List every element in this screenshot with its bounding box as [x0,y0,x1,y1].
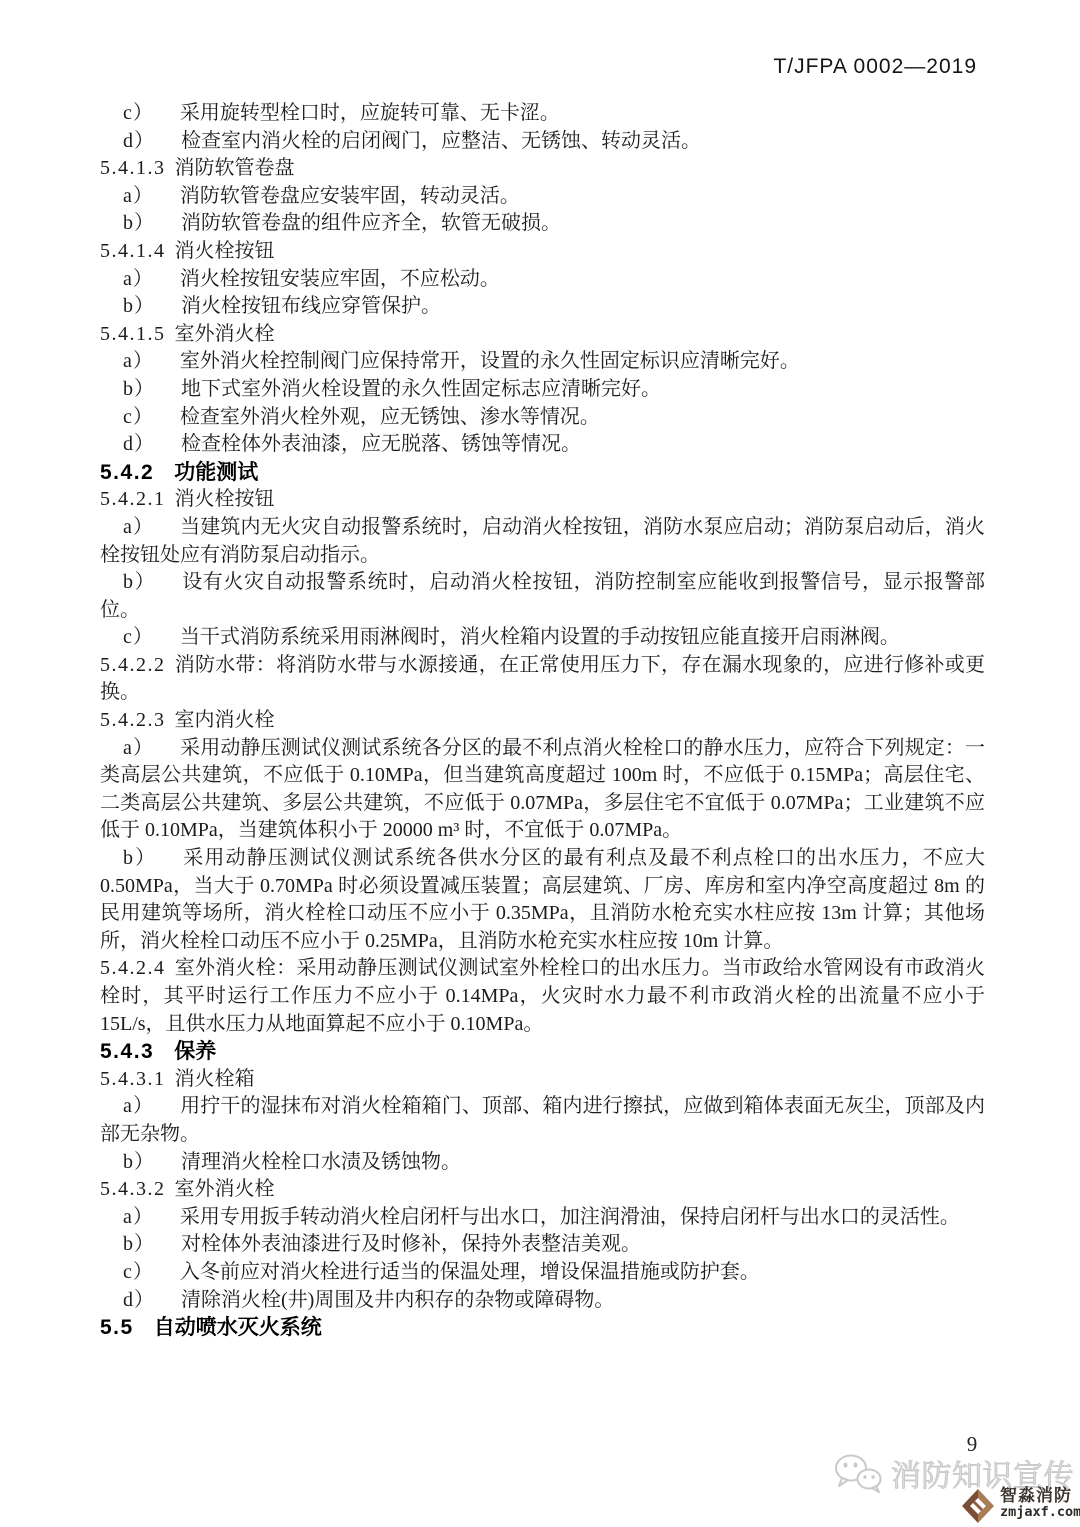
clause-number: 5.4.1.4 [100,240,166,262]
clause-heading: 5.4.3.2室外消火栓 [100,1176,985,1204]
list-item: b）采用动静压测试仪测试系统各供水分区的最有利点及最不利点栓口的出水压力，不应大… [100,845,985,955]
standard-code-header: T/JFPA 0002—2019 [773,55,977,79]
clause-number: 5.4.3 [100,1040,154,1063]
document-body: c）采用旋转型栓口时，应旋转可靠、无卡涩。d）检查室内消火栓的启闭阀门，应整洁、… [100,100,985,1342]
item-marker: b） [123,378,155,400]
item-text: 采用专用扳手转动消火栓启闭杆与出水口，加注润滑油，保持启闭杆与出水口的灵活性。 [180,1206,960,1228]
logo-text: 智淼消防 zmjaxf.com [1000,1487,1080,1519]
clause-title: 室外消火栓 [175,1178,275,1200]
item-text: 采用动静压测试仪测试系统各供水分区的最有利点及最不利点栓口的出水压力，不应大 0… [100,847,985,952]
list-item: a）消防软管卷盘应安装牢固，转动灵活。 [100,183,985,211]
item-marker: a） [123,516,154,538]
clause-heading: 5.4.1.4消火栓按钮 [100,238,985,266]
item-text: 采用动静压测试仪测试系统各分区的最不利点消火栓栓口的静水压力，应符合下列规定：一… [100,737,985,842]
diamond-ribbon-icon [960,1487,996,1527]
list-item: a）用拧干的湿抹布对消火栓箱箱门、顶部、箱内进行擦拭，应做到箱体表面无灰尘，顶部… [100,1093,985,1148]
logo-site: zmjaxf.com [1000,1505,1080,1519]
item-text: 设有火灾自动报警系统时，启动消火栓按钮，消防控制室应能收到报警信号，显示报警部位… [100,571,985,621]
clause-number: 5.4.1.5 [100,323,166,345]
clause-title: 室外消火栓 [175,323,275,345]
clause-heading: 5.4.1.5室外消火栓 [100,321,985,349]
list-item: a）采用专用扳手转动消火栓启闭杆与出水口，加注润滑油，保持启闭杆与出水口的灵活性… [100,1204,985,1232]
clause-number: 5.4.2.4 [100,957,166,979]
list-item: c）采用旋转型栓口时，应旋转可靠、无卡涩。 [100,100,985,128]
section-heading: 5.4.2功能测试 [100,459,985,487]
item-text: 清理消火栓栓口水渍及锈蚀物。 [181,1151,461,1173]
logo-name: 智淼消防 [1000,1487,1080,1505]
clause-title: 消火栓箱 [175,1068,255,1090]
list-item: b）地下式室外消火栓设置的永久性固定标志应清晰完好。 [100,376,985,404]
list-item: d）检查栓体外表油漆，应无脱落、锈蚀等情况。 [100,431,985,459]
item-text: 检查栓体外表油漆，应无脱落、锈蚀等情况。 [181,433,581,455]
item-marker: a） [123,1206,154,1228]
clause-text: 消防水带：将消防水带与水源接通，在正常使用压力下，存在漏水现象的，应进行修补或更… [100,654,985,704]
item-text: 对栓体外表油漆进行及时修补，保持外表整洁美观。 [181,1233,641,1255]
item-marker: b） [123,1233,155,1255]
item-marker: b） [123,212,155,234]
item-text: 当干式消防系统采用雨淋阀时，消火栓箱内设置的手动按钮应能直接开启雨淋阀。 [180,626,900,648]
clause-number: 5.4.2.3 [100,709,166,731]
item-marker: c） [123,102,154,124]
wechat-bubbles-icon [832,1453,884,1500]
clause-paragraph: 5.4.2.2消防水带：将消防水带与水源接通，在正常使用压力下，存在漏水现象的，… [100,652,985,707]
list-item: b）消防软管卷盘的组件应齐全，软管无破损。 [100,210,985,238]
item-text: 当建筑内无火灾自动报警系统时，启动消火栓按钮，消防水泵应启动；消防泵启动后，消火… [100,516,985,566]
item-marker: a） [123,737,154,759]
clause-heading: 5.4.1.3消防软管卷盘 [100,155,985,183]
list-item: b）设有火灾自动报警系统时，启动消火栓按钮，消防控制室应能收到报警信号，显示报警… [100,569,985,624]
clause-number: 5.4.2.1 [100,488,166,510]
clause-number: 5.4.2.2 [100,654,166,676]
list-item: b）消火栓按钮布线应穿管保护。 [100,293,985,321]
item-text: 消火栓按钮布线应穿管保护。 [181,295,441,317]
clause-number: 5.4.1.3 [100,157,166,179]
item-text: 检查室外消火栓外观，应无锈蚀、渗水等情况。 [180,406,600,428]
clause-title: 消火栓按钮 [175,488,275,510]
page-number: 9 [950,1432,994,1457]
item-text: 入冬前应对消火栓进行适当的保温处理，增设保温措施或防护套。 [180,1261,760,1283]
list-item: a）采用动静压测试仪测试系统各分区的最不利点消火栓栓口的静水压力，应符合下列规定… [100,735,985,845]
clause-number: 5.4.2 [100,461,154,484]
item-marker: d） [123,433,155,455]
clause-title: 室内消火栓 [175,709,275,731]
list-item: a）室外消火栓控制阀门应保持常开，设置的永久性固定标识应清晰完好。 [100,348,985,376]
clause-heading: 5.4.2.1消火栓按钮 [100,486,985,514]
clause-text: 室外消火栓：采用动静压测试仪测试室外栓栓口的出水压力。当市政给水管网设有市政消火… [100,957,985,1034]
item-marker: a） [123,1095,154,1117]
list-item: c）检查室外消火栓外观，应无锈蚀、渗水等情况。 [100,404,985,432]
clause-title: 自动喷水灭火系统 [154,1316,322,1339]
item-text: 采用旋转型栓口时，应旋转可靠、无卡涩。 [180,102,560,124]
item-marker: b） [123,295,155,317]
item-text: 室外消火栓控制阀门应保持常开，设置的永久性固定标识应清晰完好。 [180,350,800,372]
list-item: d）检查室内消火栓的启闭阀门，应整洁、无锈蚀、转动灵活。 [100,128,985,156]
clause-title: 保养 [174,1040,216,1063]
section-heading: 5.4.3保养 [100,1038,985,1066]
clause-number: 5.4.3.2 [100,1178,166,1200]
section-heading: 5.5自动喷水灭火系统 [100,1314,985,1342]
clause-heading: 5.4.3.1消火栓箱 [100,1066,985,1094]
item-marker: a） [123,185,154,207]
list-item: b）清理消火栓栓口水渍及锈蚀物。 [100,1149,985,1177]
clause-paragraph: 5.4.2.4室外消火栓：采用动静压测试仪测试室外栓栓口的出水压力。当市政给水管… [100,955,985,1038]
item-marker: c） [123,406,154,428]
item-marker: d） [123,130,155,152]
publisher-logo: 智淼消防 zmjaxf.com [960,1487,1080,1527]
document-page: T/JFPA 0002—2019 c）采用旋转型栓口时，应旋转可靠、无卡涩。d）… [0,0,1080,1527]
list-item: d）清除消火栓(井)周围及井内积存的杂物或障碍物。 [100,1287,985,1315]
list-item: b）对栓体外表油漆进行及时修补，保持外表整洁美观。 [100,1231,985,1259]
item-text: 消防软管卷盘应安装牢固，转动灵活。 [180,185,520,207]
item-text: 消火栓按钮安装应牢固，不应松动。 [180,268,500,290]
clause-title: 消防软管卷盘 [175,157,295,179]
item-text: 检查室内消火栓的启闭阀门，应整洁、无锈蚀、转动灵活。 [181,130,701,152]
item-marker: b） [123,571,156,593]
list-item: a）当建筑内无火灾自动报警系统时，启动消火栓按钮，消防水泵应启动；消防泵启动后，… [100,514,985,569]
clause-heading: 5.4.2.3室内消火栓 [100,707,985,735]
item-text: 用拧干的湿抹布对消火栓箱箱门、顶部、箱内进行擦拭，应做到箱体表面无灰尘，顶部及内… [100,1095,985,1145]
item-marker: b） [123,847,157,869]
item-marker: d） [123,1289,155,1311]
item-text: 消防软管卷盘的组件应齐全，软管无破损。 [181,212,561,234]
item-marker: a） [123,268,154,290]
clause-number: 5.4.3.1 [100,1068,166,1090]
item-text: 地下式室外消火栓设置的永久性固定标志应清晰完好。 [181,378,661,400]
item-marker: c） [123,626,154,648]
item-marker: b） [123,1151,155,1173]
item-marker: a） [123,350,154,372]
list-item: a）消火栓按钮安装应牢固，不应松动。 [100,266,985,294]
clause-title: 消火栓按钮 [175,240,275,262]
item-text: 清除消火栓(井)周围及井内积存的杂物或障碍物。 [181,1289,614,1311]
item-marker: c） [123,1261,154,1283]
clause-number: 5.5 [100,1316,134,1339]
list-item: c）入冬前应对消火栓进行适当的保温处理，增设保温措施或防护套。 [100,1259,985,1287]
clause-title: 功能测试 [174,461,258,484]
list-item: c）当干式消防系统采用雨淋阀时，消火栓箱内设置的手动按钮应能直接开启雨淋阀。 [100,624,985,652]
